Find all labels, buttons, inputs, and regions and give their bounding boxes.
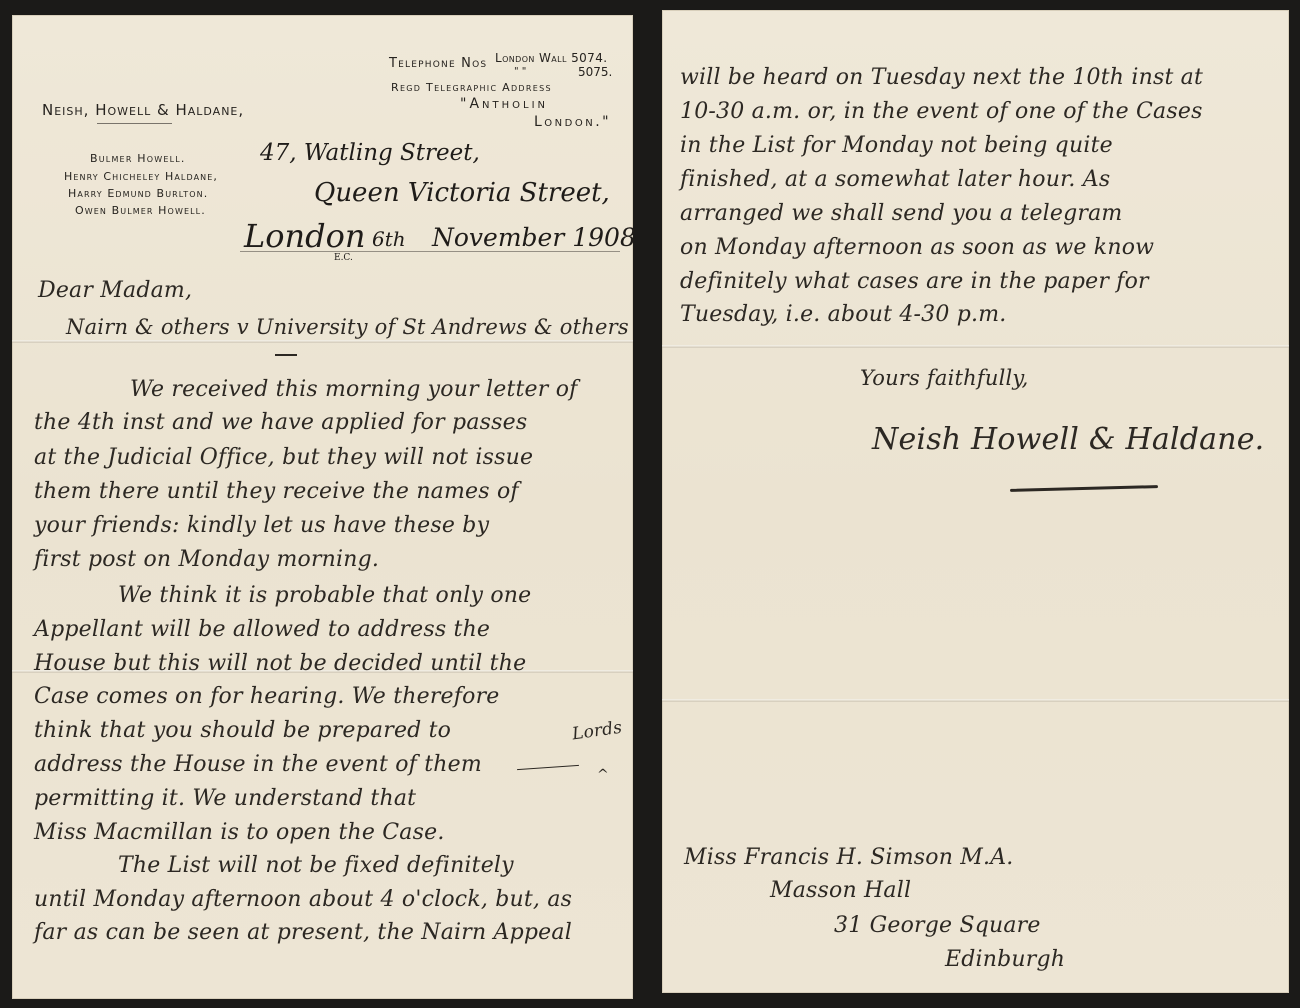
- body-line: 10-30 a.m. or, in the event of one of th…: [680, 99, 1203, 124]
- partner-name: Henry Chicheley Haldane,: [64, 170, 218, 183]
- body-line: at the Judicial Office, but they will no…: [34, 445, 533, 470]
- body-line: House but this will not be decided until…: [34, 651, 526, 676]
- body-line: finished, at a somewhat later hour. As: [680, 167, 1110, 192]
- body-line: the 4th inst and we have applied for pas…: [34, 410, 527, 435]
- body-line: first post on Monday morning.: [34, 547, 379, 572]
- recipient-address-3: Edinburgh: [945, 947, 1065, 972]
- date-month-year: November 1908: [432, 223, 636, 252]
- telegraphic-address-1: "Antholin: [460, 96, 548, 112]
- body-line: on Monday afternoon as soon as we know: [680, 235, 1154, 260]
- strikethrough: [517, 765, 579, 771]
- letter-page-2: will be heard on Tuesday next the 10th i…: [662, 10, 1289, 993]
- letter-page-1: Neish, Howell & Haldane, Bulmer Howell. …: [12, 15, 633, 999]
- insertion-word: Lords: [571, 718, 624, 745]
- body-line: arranged we shall send you a telegram: [680, 201, 1123, 226]
- body-line: think that you should be prepared to: [34, 718, 451, 743]
- signature-underline: [1010, 485, 1158, 491]
- body-line: will be heard on Tuesday next the 10th i…: [680, 65, 1203, 90]
- address-line-2: Queen Victoria Street,: [314, 178, 610, 208]
- subject-dash: [275, 354, 297, 356]
- telephone-number-2: 5075.: [578, 65, 612, 79]
- date-rule: [240, 251, 620, 252]
- recipient-address-1: Masson Hall: [770, 878, 911, 903]
- body-line: Tuesday, i.e. about 4-30 p.m.: [680, 302, 1006, 327]
- city-district: E.C.: [334, 253, 353, 263]
- insertion-caret: ^: [597, 767, 609, 783]
- city: London: [244, 217, 365, 255]
- telegraphic-address-2: London.": [534, 114, 611, 130]
- body-line: definitely what cases are in the paper f…: [680, 269, 1149, 294]
- body-line: We think it is probable that only one: [118, 583, 531, 608]
- fold-line: [662, 699, 1289, 702]
- body-line: The List will not be fixed definitely: [118, 853, 514, 878]
- closing: Yours faithfully,: [860, 366, 1029, 390]
- firm-name: Neish, Howell & Haldane,: [42, 101, 244, 119]
- subject-line: Nairn & others v University of St Andrew…: [66, 315, 629, 339]
- body-line: address the House in the event of them: [34, 752, 482, 777]
- fold-line: [662, 345, 1289, 348]
- body-line: in the List for Monday not being quite: [680, 133, 1113, 158]
- body-line: until Monday afternoon about 4 o'clock, …: [34, 887, 572, 912]
- salutation: Dear Madam,: [38, 278, 192, 303]
- body-line: We received this morning your letter of: [130, 377, 577, 402]
- telephone-label: Telephone Nos: [389, 56, 487, 71]
- address-line-1: 47, Watling Street,: [260, 140, 480, 166]
- recipient-address-2: 31 George Square: [834, 913, 1041, 938]
- body-line: Appellant will be allowed to address the: [34, 617, 490, 642]
- body-line: far as can be seen at present, the Nairn…: [34, 920, 572, 945]
- body-line: your friends: kindly let us have these b…: [34, 513, 489, 538]
- body-line: them there until they receive the names …: [34, 479, 519, 504]
- partner-name: Bulmer Howell.: [90, 152, 186, 165]
- body-line: Case comes on for hearing. We therefore: [34, 684, 500, 709]
- body-line: Miss Macmillan is to open the Case.: [34, 820, 445, 845]
- telephone-ditto: " ": [514, 66, 526, 77]
- signature: Neish Howell & Haldane.: [872, 422, 1264, 457]
- partner-name: Owen Bulmer Howell.: [75, 204, 206, 217]
- firm-name-rule: [97, 123, 172, 124]
- partner-name: Harry Edmund Burlton.: [68, 187, 208, 200]
- body-line: permitting it. We understand that: [34, 786, 416, 811]
- recipient-name: Miss Francis H. Simson M.A.: [684, 845, 1013, 870]
- date-day: 6th: [372, 227, 406, 251]
- fold-line: [12, 340, 633, 343]
- telephone-number-1: London Wall 5074.: [495, 51, 607, 65]
- telegraphic-label: Regd Telegraphic Address: [391, 81, 552, 94]
